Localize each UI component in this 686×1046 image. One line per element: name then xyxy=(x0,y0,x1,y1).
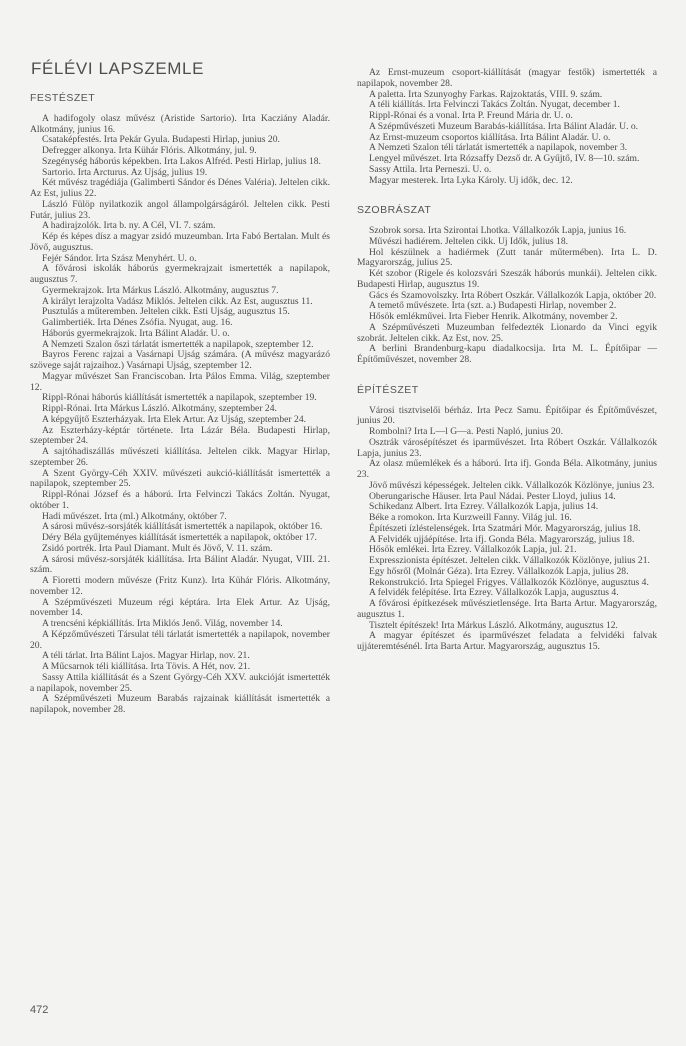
bibliography-entry: Az Ernst-muzeum csoport-kiállítását (mag… xyxy=(357,68,657,90)
document-page: FÉLÉVI LAPSZEMLE FESTÉSZETA hadifogoly o… xyxy=(0,0,686,1046)
bibliography-entry: Építészeti ízléstelenségek. Irta Szatmár… xyxy=(357,524,657,535)
bibliography-entry: A sárosi művész-sorsjáték kiállítása. Ir… xyxy=(30,555,330,577)
bibliography-entry: Városi tisztviselői bérház. Irta Pecz Sa… xyxy=(357,406,657,428)
bibliography-entry: A magyar építészet és iparművészet felad… xyxy=(357,631,657,653)
bibliography-entry: A hadifogoly olasz művész (Aristide Sart… xyxy=(30,114,330,136)
bibliography-entry: László Fülöp nyilatkozik angol állampolg… xyxy=(30,200,330,222)
bibliography-entry: Háborús gyermekrajzok. Irta Bálint Aladá… xyxy=(30,329,330,340)
bibliography-entry: A Szépművészeti Muzeum Barabás rajzainak… xyxy=(30,694,330,716)
left-column: FESTÉSZETA hadifogoly olasz művész (Aris… xyxy=(30,93,330,735)
bibliography-entry: A Szépművészeti Muzeumban felfedezték Li… xyxy=(357,323,657,345)
bibliography-entry: Művészi hadiérem. Jeltelen cikk. Uj Idők… xyxy=(357,237,657,248)
bibliography-entry: Osztrák városépítészet és iparművészet. … xyxy=(357,438,657,460)
bibliography-entry: A fővárosi építkezések művészietlensége.… xyxy=(357,599,657,621)
bibliography-entry: Sassy Attila. Irta Perneszi. U. o. xyxy=(357,165,657,176)
bibliography-entry: A Szépművészeti Muzeum Barabás-kiállítás… xyxy=(357,122,657,133)
bibliography-entry: A fővárosi iskolák háborús gyermekrajzai… xyxy=(30,264,330,286)
bibliography-entry: Jövő művészi képességek. Jeltelen cikk. … xyxy=(357,481,657,492)
bibliography-entry: A sajtóhadiszállás művészeti kiállítása.… xyxy=(30,447,330,469)
section-heading: FESTÉSZET xyxy=(30,93,330,104)
section-heading: SZOBRÁSZAT xyxy=(357,205,657,216)
bibliography-entry: Két művész tragédiája (Galimberti Sándor… xyxy=(30,178,330,200)
section-heading: ÉPÍTÉSZET xyxy=(357,385,657,396)
right-column: Az Ernst-muzeum csoport-kiállítását (mag… xyxy=(357,68,657,672)
bibliography-entry: A Szent György-Céh XXIV. művészeti aukci… xyxy=(30,469,330,491)
bibliography-entry: Gyermekrajzok. Irta Márkus László. Alkot… xyxy=(30,286,330,297)
section-epiteszet: ÉPÍTÉSZETVárosi tisztviselői bérház. Irt… xyxy=(357,385,657,653)
bibliography-entry: A berlini Brandenburg-kapu diadalkocsija… xyxy=(357,344,657,366)
bibliography-entry: Az Eszterházy-képtár története. Irta Láz… xyxy=(30,426,330,448)
bibliography-entry: Hol készülnek a hadiérmek (Zutt tanár mű… xyxy=(357,248,657,270)
bibliography-entry: Kép és képes dísz a magyar zsidó muzeumb… xyxy=(30,232,330,254)
bibliography-entry: Rippl-Rónai József és a háború. Irta Fel… xyxy=(30,490,330,512)
bibliography-entry: A Szépművészeti Muzeum régi képtára. Irt… xyxy=(30,598,330,620)
bibliography-entry: Magyar művészet San Franciscoban. Irta P… xyxy=(30,372,330,394)
section-continued: Az Ernst-muzeum csoport-kiállítását (mag… xyxy=(357,68,657,186)
bibliography-entry: A Fioretti modern művésze (Fritz Kunz). … xyxy=(30,576,330,598)
bibliography-entry: Szegénység háborús képekben. Irta Lakos … xyxy=(30,157,330,168)
section-szobraszat: SZOBRÁSZATSzobrok sorsa. Irta Szirontai … xyxy=(357,205,657,366)
page-number: 472 xyxy=(30,1004,48,1016)
bibliography-entry: A Képzőművészeti Társulat téli tárlatát … xyxy=(30,630,330,652)
bibliography-entry: Az olasz műemlékek és a háború. Irta ifj… xyxy=(357,459,657,481)
bibliography-entry: A képgyűjtő Eszterházyak. Irta Elek Artu… xyxy=(30,415,330,426)
bibliography-entry: Sassy Attila kiállítását és a Szent Györ… xyxy=(30,673,330,695)
bibliography-entry: Bayros Ferenc rajzai a Vasárnapi Ujság s… xyxy=(30,350,330,372)
section-festeszet: FESTÉSZETA hadifogoly olasz művész (Aris… xyxy=(30,93,330,716)
bibliography-entry: Magyar mesterek. Irta Lyka Károly. Uj id… xyxy=(357,176,657,187)
page-title: FÉLÉVI LAPSZEMLE xyxy=(31,59,204,79)
bibliography-entry: Két szobor (Rigele és kolozsvári Szeszák… xyxy=(357,269,657,291)
bibliography-entry: Zsidó portrék. Irta Paul Diamant. Mult é… xyxy=(30,544,330,555)
bibliography-entry: Egy hősről (Molnár Géza). Irta Ezrey. Vá… xyxy=(357,567,657,578)
